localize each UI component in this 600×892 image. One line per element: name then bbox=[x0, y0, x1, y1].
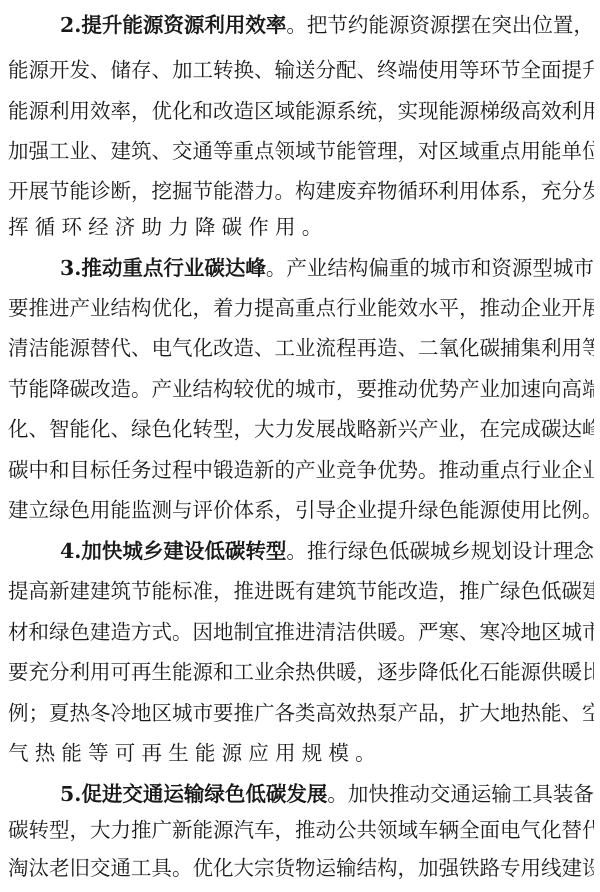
section-4-line-4: 要充分利用可再生能源和工业余热供暖，逐步降低化石能源供暖比 bbox=[8, 657, 594, 687]
section-3-line-3: 清洁能源替代、电气化改造、工业流程再造、二氧化碳捕集利用等 bbox=[8, 333, 594, 363]
section-5-heading: 促进交通运输绿色低碳发展 bbox=[81, 782, 327, 806]
section-3-line-6: 碳中和目标任务过程中锻造新的产业竞争优势。推动重点行业企业 bbox=[8, 455, 594, 485]
section-3-line-4: 节能降碳改造。产业结构较优的城市，要推动优势产业加速向高端 bbox=[8, 374, 594, 404]
section-5-text: 。加快推动交通运输工具装备低 bbox=[327, 782, 594, 806]
document-page: 2.提升能源资源利用效率。把节约能源资源摆在突出位置，在 能源开发、储存、加工转… bbox=[0, 0, 600, 892]
section-2-line-1: 2.提升能源资源利用效率。把节约能源资源摆在突出位置，在 bbox=[60, 10, 594, 40]
section-4-text: 。推行绿色低碳城乡规划设计理念， bbox=[286, 539, 594, 563]
section-4-number: 4. bbox=[60, 539, 81, 563]
section-5-line-1: 5.促进交通运输绿色低碳发展。加快推动交通运输工具装备低 bbox=[60, 779, 594, 809]
section-2-line-5: 开展节能诊断，挖掘节能潜力。构建废弃物循环利用体系，充分发 bbox=[8, 176, 594, 206]
section-3-number: 3. bbox=[60, 256, 81, 280]
section-5-line-3: 淘汰老旧交通工具。优化大宗货物运输结构，加强铁路专用线建设 bbox=[8, 853, 594, 883]
section-2-line-3: 能源利用效率，优化和改造区域能源系统，实现能源梯级高效利用。 bbox=[8, 96, 594, 126]
section-3-line-5: 化、智能化、绿色化转型，大力发展战略新兴产业，在完成碳达峰 bbox=[8, 414, 594, 444]
section-5-line-2: 碳转型，大力推广新能源汽车，推动公共领域车辆全面电气化替代， bbox=[8, 815, 594, 845]
section-4-line-2: 提高新建建筑节能标准，推进既有建筑节能改造，推广绿色低碳建 bbox=[8, 576, 594, 606]
section-3-heading: 推动重点行业碳达峰 bbox=[81, 256, 266, 280]
section-3-line-1: 3.推动重点行业碳达峰。产业结构偏重的城市和资源型城市， bbox=[60, 253, 594, 283]
section-2-line-2: 能源开发、储存、加工转换、输送分配、终端使用等环节全面提升 bbox=[8, 55, 594, 85]
section-4-line-1: 4.加快城乡建设低碳转型。推行绿色低碳城乡规划设计理念， bbox=[60, 536, 594, 566]
section-2-heading: 提升能源资源利用效率 bbox=[81, 13, 286, 37]
section-2-line-6: 挥循环经济助力降碳作用。 bbox=[8, 212, 594, 242]
section-3-line-2: 要推进产业结构优化，着力提高重点行业能效水平，推动企业开展 bbox=[8, 293, 594, 323]
section-2-number: 2. bbox=[60, 13, 81, 37]
section-5-number: 5. bbox=[60, 782, 81, 806]
section-4-line-5: 例；夏热冬冷地区城市要推广各类高效热泵产品，扩大地热能、空 bbox=[8, 698, 594, 728]
section-2-text: 。把节约能源资源摆在突出位置，在 bbox=[286, 13, 594, 37]
section-3-line-7: 建立绿色用能监测与评价体系，引导企业提升绿色能源使用比例。 bbox=[8, 495, 594, 525]
section-3-text: 。产业结构偏重的城市和资源型城市， bbox=[266, 256, 594, 280]
section-4-heading: 加快城乡建设低碳转型 bbox=[81, 539, 286, 563]
section-2-line-4: 加强工业、建筑、交通等重点领域节能管理，对区域重点用能单位 bbox=[8, 136, 594, 166]
section-4-line-6: 气热能等可再生能源应用规模。 bbox=[8, 738, 594, 768]
section-4-line-3: 材和绿色建造方式。因地制宜推进清洁供暖。严寒、寒冷地区城市 bbox=[8, 617, 594, 647]
